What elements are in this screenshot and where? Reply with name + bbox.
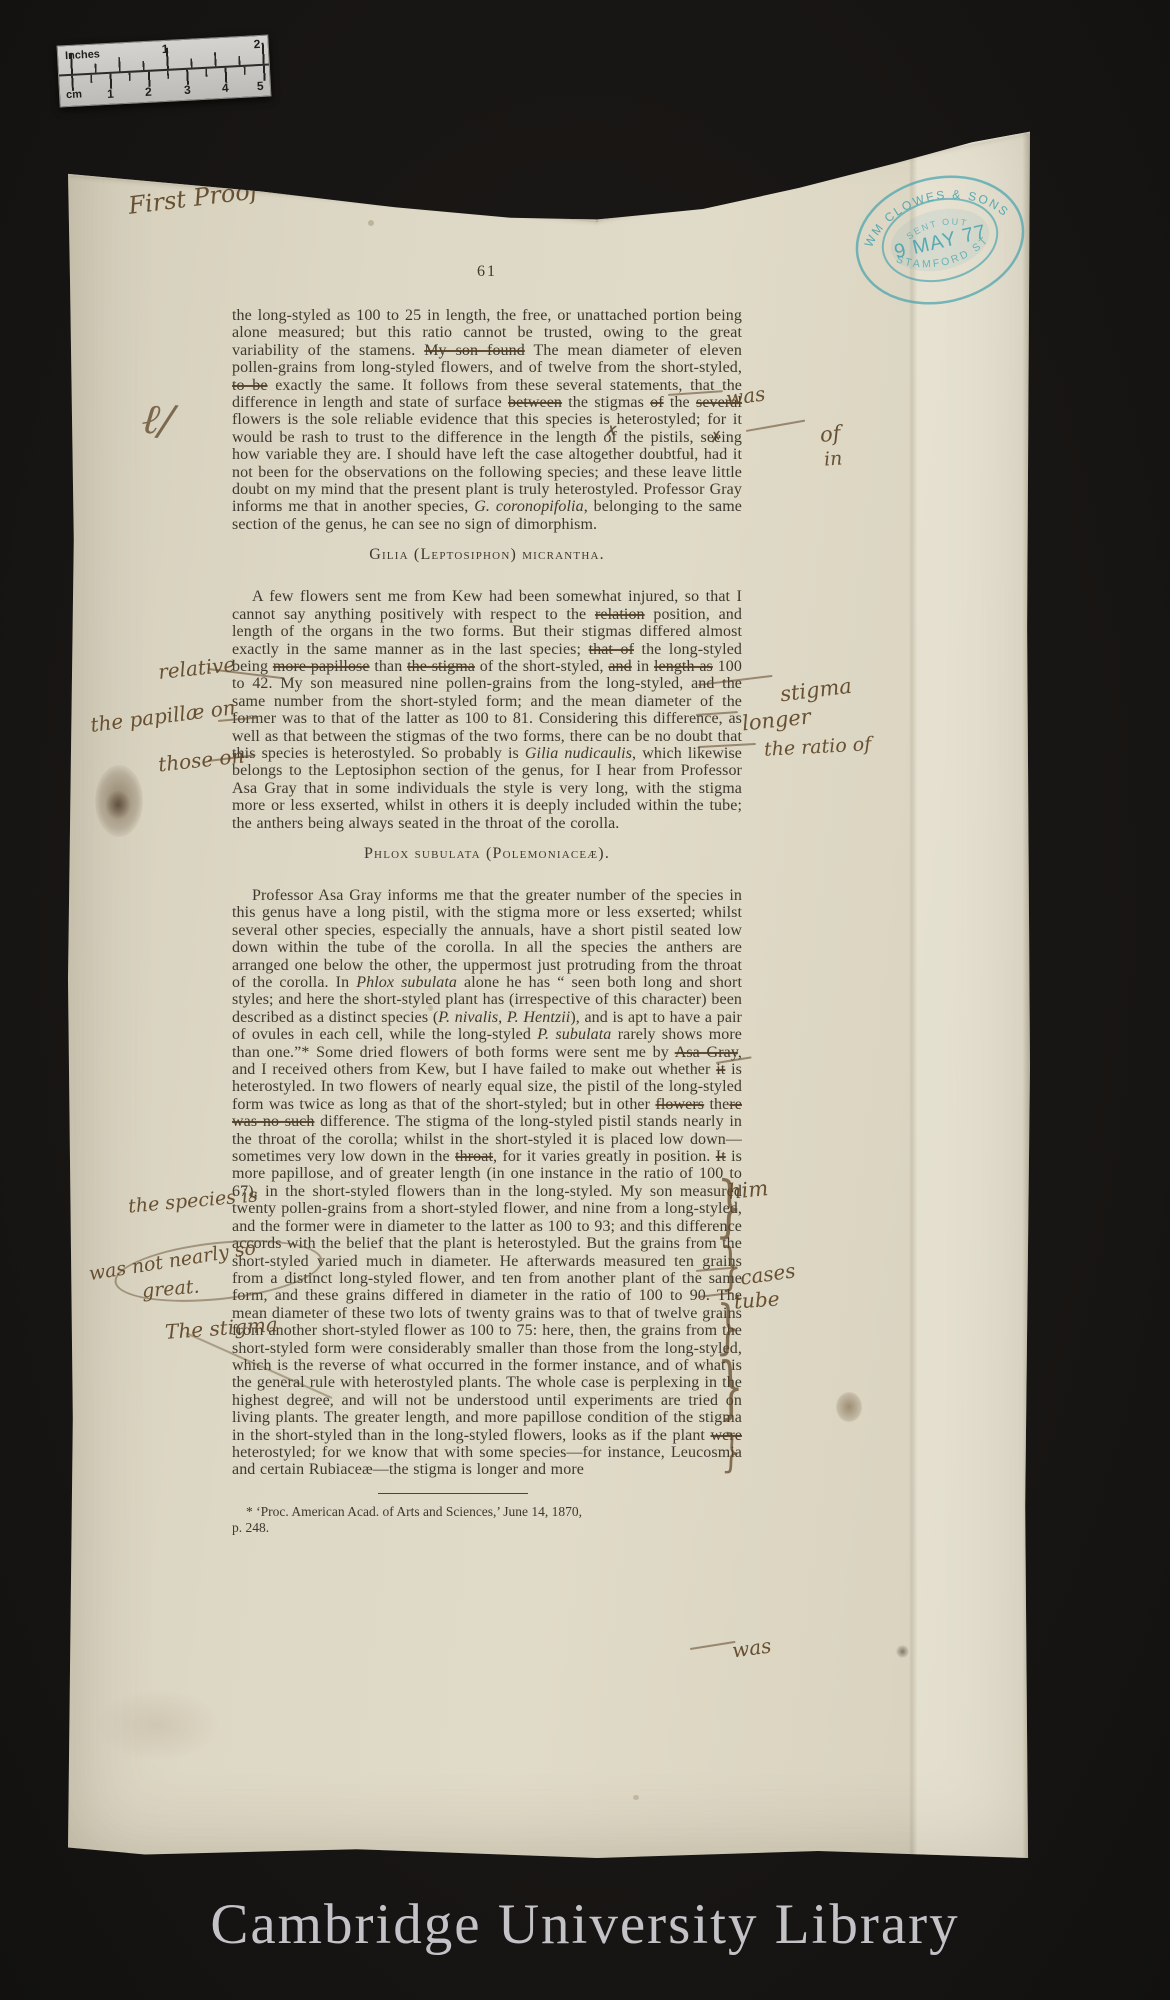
document-page: WM CLOWES & SONS SENT OUT 9 MAY 77 STAMF… <box>68 100 1030 1858</box>
ruler-inch-1: 1 <box>161 42 168 56</box>
text-run: than <box>370 658 408 675</box>
margin-note-in: in <box>823 447 843 470</box>
paragraph-1: the long-styled as 100 to 25 in length, … <box>232 307 742 533</box>
text-run: the <box>664 394 696 411</box>
struck-text: length as <box>654 658 713 675</box>
ruler-cm-2: 2 <box>145 85 152 99</box>
text-run: is more papillose, and of greater length… <box>232 1148 742 1444</box>
italic-text: Phlox subulata <box>356 974 457 991</box>
margin-brace: } <box>721 1430 742 1477</box>
ruler-cm-label: cm <box>66 88 83 101</box>
library-watermark: Cambridge University Library <box>0 1892 1170 1957</box>
struck-text: and <box>608 658 631 675</box>
struck-text: relation <box>595 606 645 623</box>
stain <box>98 1690 218 1760</box>
text-column: 61 the long-styled as 100 to 25 in lengt… <box>232 263 742 1536</box>
ruler-cm-1: 1 <box>107 87 114 101</box>
text-run: in <box>632 658 654 675</box>
struck-text: the stigma <box>407 658 475 675</box>
photo-background: Inches 1 2 cm 1 2 3 4 5 <box>0 0 1170 2000</box>
struck-text: of <box>650 394 664 411</box>
struck-text: It <box>716 1148 726 1165</box>
italic-text: Gilia nudicaulis <box>525 745 632 762</box>
ruler-inch-2: 2 <box>253 37 260 51</box>
italic-text: P. subulata <box>537 1026 611 1043</box>
italic-text: P. nivalis, P. Hentzii <box>438 1009 570 1026</box>
ruler-cm-5: 5 <box>257 79 264 93</box>
footnote-rule <box>378 1493 528 1494</box>
margin-note-of: of <box>819 421 841 447</box>
footnote-line-1: * ‘Proc. American Acad. of Arts and Scie… <box>232 1504 742 1520</box>
stain <box>105 790 131 820</box>
stain <box>896 1645 909 1658</box>
struck-text: flowers <box>655 1096 704 1113</box>
struck-text: that of <box>589 641 634 658</box>
footnote: * ‘Proc. American Acad. of Arts and Scie… <box>232 1493 742 1536</box>
ruler-cm-3: 3 <box>184 83 191 97</box>
margin-brace: } <box>717 1353 745 1423</box>
stain <box>633 1795 639 1800</box>
text-run: heterostyled; for we know that with some… <box>232 1444 742 1478</box>
struck-text: to be <box>232 377 268 394</box>
struck-text: between <box>508 394 562 411</box>
stain <box>368 220 374 226</box>
italic-text: G. coronopifolia <box>474 498 583 515</box>
struck-text: Asa Gray <box>675 1044 738 1061</box>
text-run: of the short-styled, <box>475 658 608 675</box>
paragraph-3: Professor Asa Gray informs me that the g… <box>232 887 742 1479</box>
ruler: Inches 1 2 cm 1 2 3 4 5 <box>57 34 272 107</box>
ink-cross: ✗ <box>709 427 723 447</box>
text-run: the <box>704 1096 729 1113</box>
struck-text: throat <box>455 1148 493 1165</box>
margin-brace: } <box>715 1172 744 1241</box>
page-number: 61 <box>232 263 742 281</box>
struck-text: more papillose <box>273 658 370 675</box>
ruler-cm-4: 4 <box>222 81 229 95</box>
stain <box>836 1392 862 1422</box>
section-heading-gilia: Gilia (Leptosiphon) micrantha. <box>232 546 742 564</box>
section-heading-phlox: Phlox subulata (Polemoniaceæ). <box>232 845 742 863</box>
footnote-line-2: p. 248. <box>232 1520 742 1536</box>
proofreader-mark: ℓ/ <box>139 393 176 446</box>
text-run: the stigmas <box>562 394 650 411</box>
struck-text: My son found <box>424 342 525 359</box>
text-run: , for it varies greatly in position. <box>493 1148 716 1165</box>
paragraph-2: A few flowers sent me from Kew had been … <box>232 588 742 832</box>
